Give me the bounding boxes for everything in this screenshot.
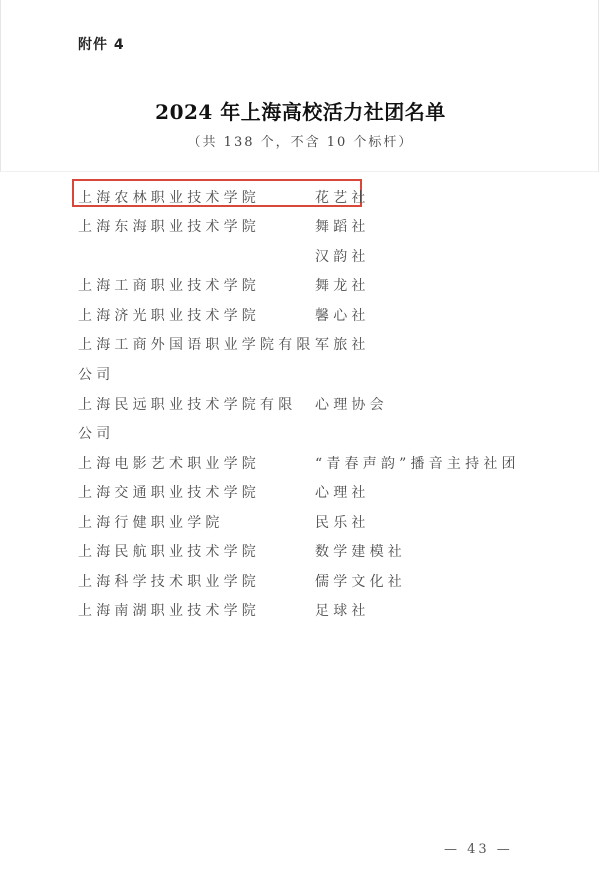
club-name: 儒学文化社 xyxy=(315,571,406,591)
list-row: 上海南湖职业技术学院 足球社 xyxy=(0,600,599,622)
club-name: 花艺社 xyxy=(315,187,370,207)
list-row: 上海民远职业技术学院有限 心理协会 xyxy=(0,394,599,416)
list-row: 上海济光职业技术学院 馨心社 xyxy=(0,305,599,327)
club-name: 数学建模社 xyxy=(315,541,406,561)
school-name: 上海工商外国语职业学院有限 xyxy=(78,334,315,354)
school-name: 上海交通职业技术学院 xyxy=(78,482,260,502)
list-row: 上海东海职业技术学院 舞蹈社 xyxy=(0,216,599,238)
page-number: — 43 — xyxy=(444,842,513,857)
school-name: 上海民航职业技术学院 xyxy=(78,541,260,561)
club-name: 馨心社 xyxy=(315,305,370,325)
club-name: 舞龙社 xyxy=(315,275,370,295)
school-name: 上海南湖职业技术学院 xyxy=(78,600,260,620)
list-row: 上海行健职业学院 民乐社 xyxy=(0,512,599,534)
list-row: 公司 xyxy=(0,423,599,445)
school-name: 上海工商职业技术学院 xyxy=(78,275,260,295)
school-name: 上海东海职业技术学院 xyxy=(78,216,260,236)
list-row: 上海民航职业技术学院 数学建模社 xyxy=(0,541,599,563)
list-row: 上海科学技术职业学院 儒学文化社 xyxy=(0,571,599,593)
school-name: 上海科学技术职业学院 xyxy=(78,571,260,591)
attachment-label: 附件 4 xyxy=(78,34,125,54)
school-name: 上海济光职业技术学院 xyxy=(78,305,260,325)
list-row: 上海交通职业技术学院 心理社 xyxy=(0,482,599,504)
list-row: 公司 xyxy=(0,364,599,386)
list-row: 上海农林职业技术学院 花艺社 xyxy=(0,187,599,209)
school-name: 公司 xyxy=(78,423,114,443)
club-name: 心理协会 xyxy=(315,394,388,414)
school-name: 公司 xyxy=(78,364,114,384)
school-name: 上海电影艺术职业学院 xyxy=(78,453,260,473)
club-name: 舞蹈社 xyxy=(315,216,370,236)
club-name: “青春声韵”播音主持社团 xyxy=(315,453,520,473)
document-subtitle: （共 138 个，不含 10 个标杆） xyxy=(1,131,599,150)
document-title: 2024 年上海高校活力社团名单 xyxy=(1,96,599,125)
club-name: 民乐社 xyxy=(315,512,370,532)
club-name: 军旅社 xyxy=(315,334,370,354)
list-row: 上海工商外国语职业学院有限 军旅社 xyxy=(0,334,599,356)
document-header: 附件 4 2024 年上海高校活力社团名单 （共 138 个，不含 10 个标杆… xyxy=(0,0,599,172)
club-name: 汉韵社 xyxy=(315,246,370,266)
school-name: 上海民远职业技术学院有限 xyxy=(78,394,296,414)
club-name: 足球社 xyxy=(315,600,370,620)
list-row: 汉韵社 xyxy=(0,246,599,268)
school-name: 上海行健职业学院 xyxy=(78,512,224,532)
school-name: 上海农林职业技术学院 xyxy=(78,187,260,207)
list-row: 上海电影艺术职业学院 “青春声韵”播音主持社团 xyxy=(0,453,599,475)
list-row: 上海工商职业技术学院 舞龙社 xyxy=(0,275,599,297)
club-name: 心理社 xyxy=(315,482,370,502)
